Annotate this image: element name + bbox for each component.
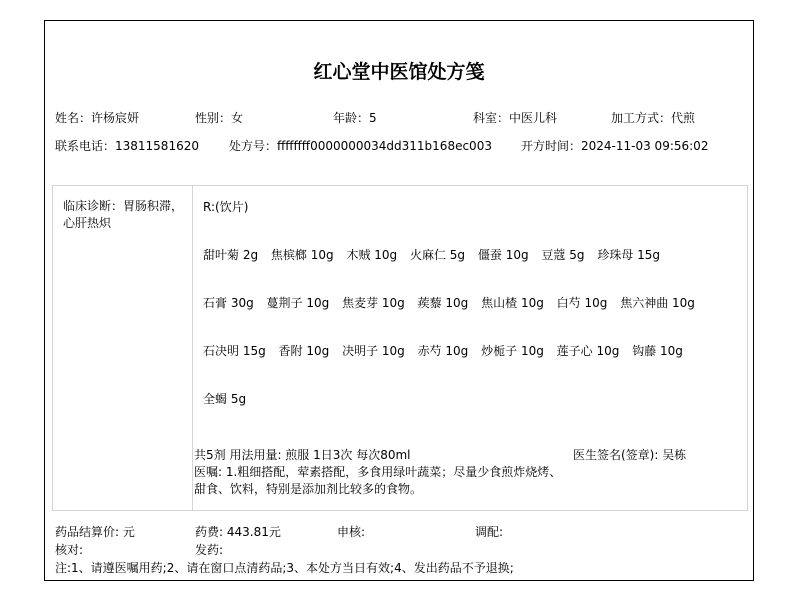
patient-gender: 性别：女 xyxy=(195,109,243,126)
herb-item: 全蝎 5g xyxy=(203,392,246,406)
dispense-field: 发药: xyxy=(195,541,223,558)
herb-item: 甜叶菊 2g xyxy=(203,248,258,262)
patient-age: 年龄：5 xyxy=(333,109,377,126)
usage-dosage: 共5剂 用法用量: 煎服 1日3次 每次80ml xyxy=(194,446,411,463)
herb-item: 蔓荆子 10g xyxy=(267,296,330,310)
herb-item: 珍珠母 15g xyxy=(597,248,660,262)
prescription-content: R:(饮片) 甜叶菊 2g 焦槟榔 10g 木贼 10g 火麻仁 5g 僵蚕 1… xyxy=(203,198,733,215)
herb-item: 焦麦芽 10g xyxy=(342,296,405,310)
herb-item: 焦山楂 10g xyxy=(481,296,544,310)
issue-time: 开方时间：2024-11-03 09:56:02 xyxy=(521,137,708,154)
herb-item: 焦槟榔 10g xyxy=(271,248,334,262)
herb-item: 僵蚕 10g xyxy=(478,248,529,262)
herb-item: 白芍 10g xyxy=(557,296,608,310)
department: 科室：中医儿科 xyxy=(473,109,557,126)
processing-method: 加工方式：代煎 xyxy=(611,109,695,126)
herb-item: 决明子 10g xyxy=(342,344,405,358)
prescription-form: 红心堂中医馆处方笺 姓名：许杨宸妍 性别：女 年龄：5 科室：中医儿科 加工方式… xyxy=(44,20,754,581)
herb-line-1: 甜叶菊 2g 焦槟榔 10g 木贼 10g 火麻仁 5g 僵蚕 10g 豆蔻 5… xyxy=(203,246,669,263)
review-field: 申核: xyxy=(337,523,365,540)
contact-phone: 联系电话：13811581620 xyxy=(55,137,199,154)
herb-item: 香附 10g xyxy=(279,344,330,358)
clinical-diagnosis: 临床诊断：胃肠积滞，心肝热炽 xyxy=(63,198,185,232)
medical-advice: 医嘱: 1.粗细搭配，荤素搭配，多食用绿叶蔬菜；尽量少食煎炸烧烤、甜食、饮料，特… xyxy=(194,464,570,498)
herb-item: 火麻仁 5g xyxy=(410,248,465,262)
rx-label: R:(饮片) xyxy=(203,198,733,215)
herb-line-4: 全蝎 5g xyxy=(203,390,255,407)
herb-item: 木贼 10g xyxy=(346,248,397,262)
doctor-signature: 医生签名(签章): 吴栋 xyxy=(573,446,686,463)
herb-item: 焦六神曲 10g xyxy=(620,296,695,310)
herb-line-3: 石决明 15g 香附 10g 决明子 10g 赤芍 10g 炒栀子 10g 莲子… xyxy=(203,342,692,359)
herb-item: 石决明 15g xyxy=(203,344,266,358)
column-divider xyxy=(192,186,193,510)
herb-item: 赤芍 10g xyxy=(418,344,469,358)
prescription-number: 处方号：ffffffff0000000034dd311b168ec003 xyxy=(229,137,492,154)
patient-name: 姓名：许杨宸妍 xyxy=(55,109,139,126)
herb-item: 炒栀子 10g xyxy=(481,344,544,358)
herb-item: 莲子心 10g xyxy=(557,344,620,358)
prescription-box: 临床诊断：胃肠积滞，心肝热炽 R:(饮片) 甜叶菊 2g 焦槟榔 10g 木贼 … xyxy=(52,185,748,511)
page-title: 红心堂中医馆处方笺 xyxy=(45,57,753,84)
dispense-prep-field: 调配: xyxy=(475,523,503,540)
notes-text: 注:1、请遵医嘱用药;2、请在窗口点清药品;3、本处方当日有效;4、发出药品不予… xyxy=(55,559,514,576)
herb-item: 豆蔻 5g xyxy=(541,248,584,262)
herb-item: 钩藤 10g xyxy=(632,344,683,358)
settlement-price: 药品结算价: 元 xyxy=(55,523,135,540)
herb-item: 蒺藜 10g xyxy=(418,296,469,310)
herb-item: 石膏 30g xyxy=(203,296,254,310)
herb-line-2: 石膏 30g 蔓荆子 10g 焦麦芽 10g 蒺藜 10g 焦山楂 10g 白芍… xyxy=(203,294,704,311)
drug-fee: 药费: 443.81元 xyxy=(195,523,281,540)
check-field: 核对: xyxy=(55,541,83,558)
